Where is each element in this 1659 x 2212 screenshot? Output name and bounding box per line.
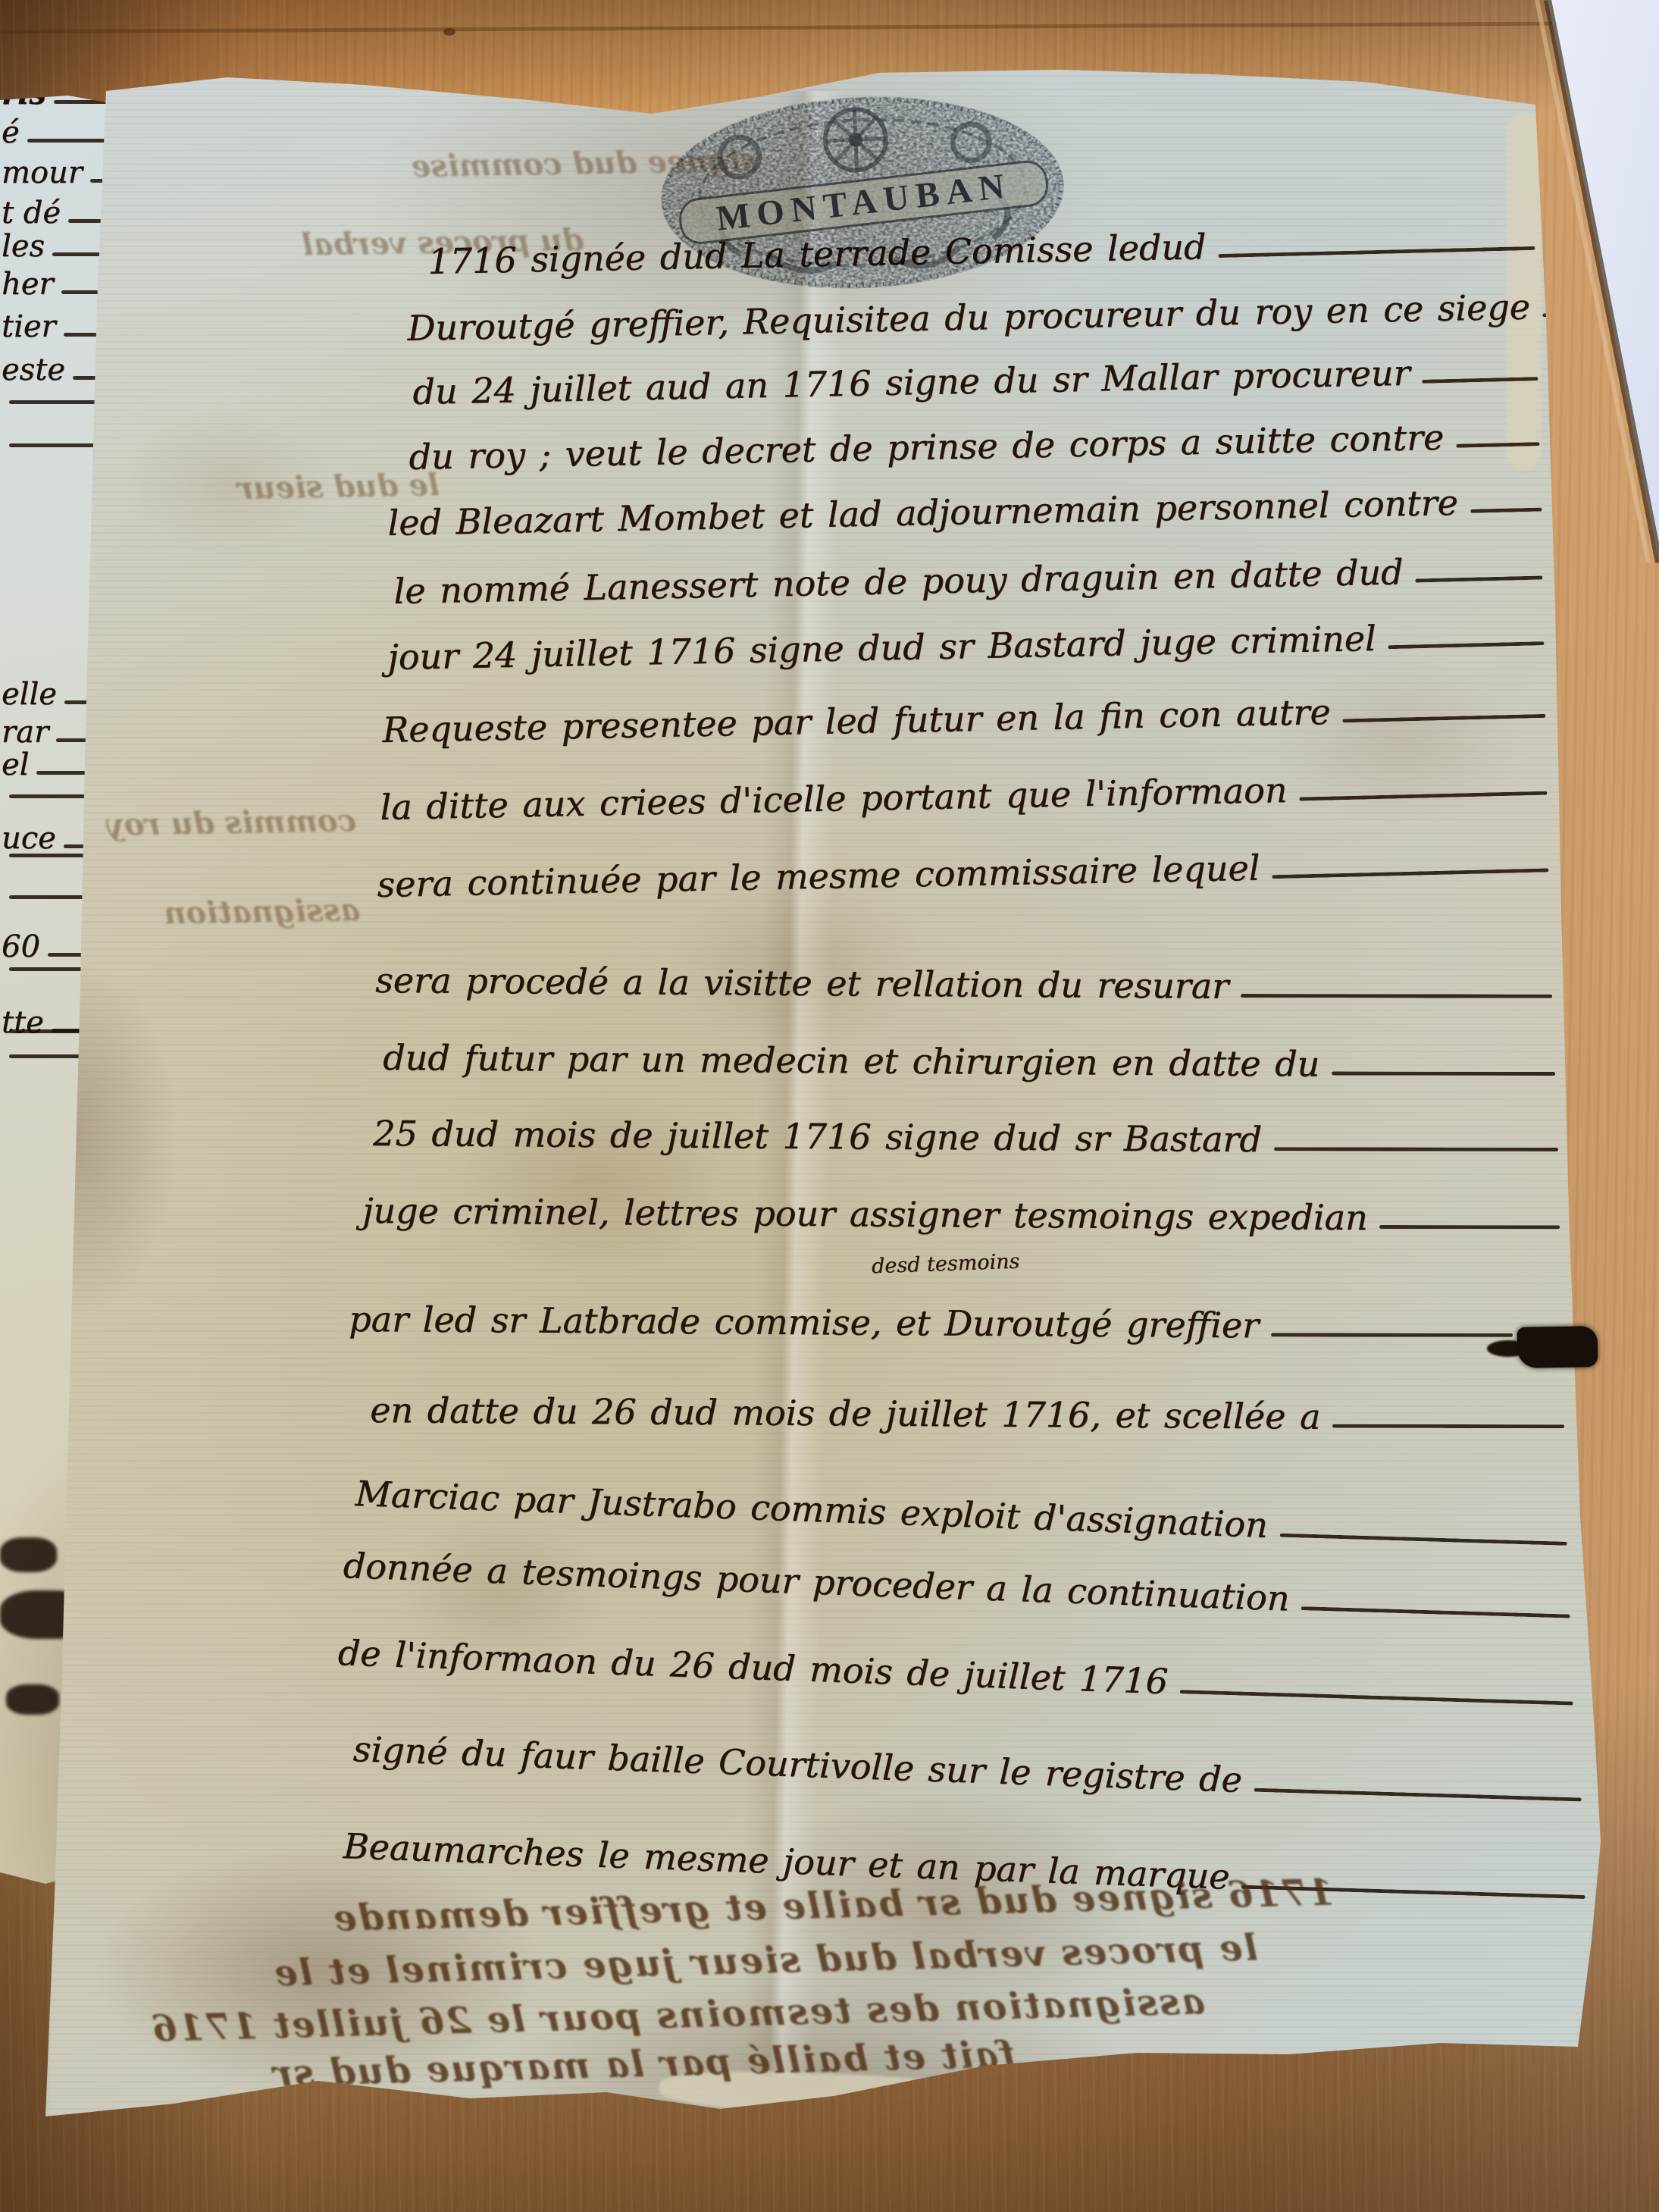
fragment-text: les xyxy=(0,229,45,264)
bleedthrough-text: assignation xyxy=(102,892,361,932)
manuscript-line: dud futur par un medecin et chirurgien e… xyxy=(383,1023,1558,1086)
fragment-text: her xyxy=(0,267,54,302)
bleedthrough-text: commis du roy xyxy=(106,803,357,843)
left-page-fragment xyxy=(0,895,96,907)
line-filler-dash xyxy=(1299,791,1547,801)
fragment-text: rar xyxy=(0,715,49,750)
manuscript-line-text: en datte du 26 dud mois de juillet 1716,… xyxy=(370,1390,1321,1437)
line-filler-dash xyxy=(1279,1534,1567,1546)
manuscript-line-text: par led sr Latbrade commise, et Duroutgé… xyxy=(349,1299,1259,1346)
line-filler-dash xyxy=(1272,868,1548,879)
line-filler-dash xyxy=(9,967,92,971)
line-filler-dash xyxy=(1241,994,1552,998)
ink-stain xyxy=(0,1537,57,1572)
line-filler-dash xyxy=(1254,1788,1580,1802)
left-page-fragment: 60 xyxy=(0,929,95,964)
line-filler-dash xyxy=(1271,1333,1513,1337)
line-filler-dash xyxy=(1274,1147,1558,1151)
manuscript-line: en datte du 26 dud mois de juillet 1716,… xyxy=(370,1376,1567,1439)
fragment-text: uce xyxy=(0,821,56,856)
fragment-text: mour xyxy=(0,155,83,190)
line-filler-dash xyxy=(1332,1424,1564,1429)
manuscript-page: signee dud commise du proces verbal le d… xyxy=(0,0,1659,2212)
line-filler-dash xyxy=(1343,714,1546,723)
montauban-stamp: MONTAUBAN xyxy=(646,79,1079,308)
line-filler-dash xyxy=(1179,1690,1573,1705)
line-filler-dash xyxy=(1301,1606,1570,1618)
manuscript-line: par led sr Latbrade commise, et Duroutgé… xyxy=(349,1285,1516,1348)
line-filler-dash xyxy=(1388,641,1545,649)
fragment-text: t dé xyxy=(0,196,61,230)
manuscript-line-text: sera procedé a la visitte et rellation d… xyxy=(375,960,1229,1007)
fragment-text: é xyxy=(0,115,20,150)
fragment-text: elle xyxy=(0,677,57,712)
line-filler-dash xyxy=(1470,508,1542,513)
fragment-text: el xyxy=(0,747,29,782)
ink-blot xyxy=(1517,1326,1598,1368)
line-filler-dash xyxy=(1456,442,1539,448)
manuscript-line: sera procedé a la visitte et rellation d… xyxy=(375,946,1555,1009)
left-page-fragment xyxy=(0,967,93,979)
line-filler-dash xyxy=(1416,575,1543,582)
line-filler-dash xyxy=(9,1029,89,1033)
manuscript-line-text: dud futur par un medecin et chirurgien e… xyxy=(383,1037,1319,1085)
line-filler-dash xyxy=(9,895,95,899)
left-page-fragment xyxy=(0,1029,91,1041)
fragment-text: 60 xyxy=(0,929,40,964)
photo-canvas: ris é mour t dé les her tier este elle r… xyxy=(0,0,1659,2212)
line-filler-dash xyxy=(9,1054,89,1058)
left-page-fragment xyxy=(0,1054,90,1066)
manuscript-line-text: 25 dud mois de juillet 1716 signe dud sr… xyxy=(373,1113,1262,1160)
ink-stain xyxy=(6,1684,59,1715)
line-filler-dash xyxy=(1423,377,1538,384)
manuscript-line: 25 dud mois de juillet 1716 signe dud sr… xyxy=(373,1099,1561,1162)
line-filler-dash xyxy=(1380,1225,1560,1229)
manuscript-line: juge criminel, lettres pour assigner tes… xyxy=(362,1176,1563,1239)
manuscript-line-text: juge criminel, lettres pour assigner tes… xyxy=(362,1190,1368,1238)
fragment-text: tier xyxy=(0,309,56,344)
line-filler-dash xyxy=(1218,246,1535,258)
line-filler-dash xyxy=(1332,1072,1555,1076)
fragment-text: este xyxy=(0,352,65,387)
